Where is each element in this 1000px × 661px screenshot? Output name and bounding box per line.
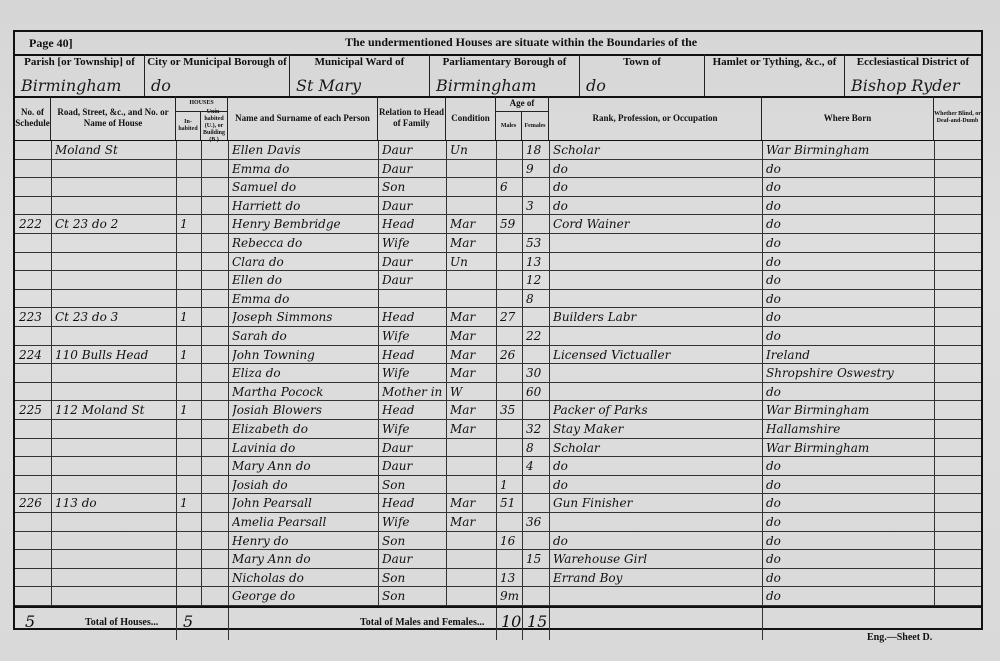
- cell-females: 30: [526, 364, 547, 382]
- cell-males: 9m: [500, 587, 520, 605]
- total-schedules: 5: [25, 612, 35, 631]
- column-header-born: Where Born: [762, 96, 934, 140]
- cell-females: 18: [526, 141, 547, 159]
- cell-relation: Head: [382, 346, 444, 364]
- cell-condition: Mar: [450, 494, 494, 512]
- table-row: Eliza doWifeMar30Shropshire Oswestry: [15, 364, 981, 383]
- cell-occupation: Scholar: [553, 439, 760, 457]
- cell-condition: Mar: [450, 215, 494, 233]
- table-row: Mary Ann doDaur4dodo: [15, 457, 981, 476]
- cell-occupation: Licensed Victualler: [553, 346, 760, 364]
- cell-occupation: do: [553, 178, 760, 196]
- cell-relation: Son: [382, 476, 444, 494]
- cell-males: 1: [500, 476, 520, 494]
- cell-relation: Wife: [382, 420, 444, 438]
- cell-females: 36: [526, 513, 547, 531]
- grid-line: [201, 141, 202, 606]
- cell-relation: Head: [382, 215, 444, 233]
- cell-occupation: Cord Wainer: [553, 215, 760, 233]
- cell-name: Emma do: [232, 290, 376, 308]
- cell-born: do: [766, 290, 932, 308]
- cell-condition: Mar: [450, 308, 494, 326]
- cell-born: do: [766, 476, 932, 494]
- cell-street: 110 Bulls Head: [55, 346, 174, 364]
- cell-males: 26: [500, 346, 520, 364]
- grid-line: [378, 141, 379, 606]
- cell-name: Sarah do: [232, 327, 376, 345]
- column-group-houses: HOUSES: [176, 96, 228, 112]
- column-header-infirmity: Whether Blind, or Deaf-and-Dumb: [934, 96, 981, 140]
- cell-relation: Son: [382, 587, 444, 605]
- cell-born: do: [766, 197, 932, 215]
- table-row: Rebecca doWifeMar53do: [15, 234, 981, 253]
- total-houses: 5: [183, 612, 193, 631]
- table-row: Sarah doWifeMar22do: [15, 327, 981, 346]
- column-header-uninhabited: Unin-habited (U.), or Building (B.): [201, 112, 228, 140]
- page-number: Page 40]: [29, 36, 73, 51]
- cell-relation: Head: [382, 401, 444, 419]
- cell-name: Harriett do: [232, 197, 376, 215]
- column-header-inhabited: In-habited: [176, 112, 201, 140]
- cell-born: do: [766, 234, 932, 252]
- cell-inhabited: 1: [180, 215, 199, 233]
- cell-inhabited: 1: [180, 346, 199, 364]
- cell-occupation: do: [553, 476, 760, 494]
- column-header-name: Name and Surname of each Person: [228, 96, 378, 140]
- cell-relation: Daur: [382, 457, 444, 475]
- column-header-relation: Relation to Head of Family: [378, 96, 446, 140]
- cell-born: do: [766, 587, 932, 605]
- cell-name: Elizabeth do: [232, 420, 376, 438]
- cell-occupation: do: [553, 457, 760, 475]
- cell-condition: W: [450, 383, 494, 401]
- table-row: Josiah doSon1dodo: [15, 476, 981, 495]
- grid-line: [762, 141, 763, 606]
- cell-females: 15: [526, 550, 547, 568]
- boundary-cell: Town ofdo: [580, 54, 705, 96]
- cell-males: 13: [500, 569, 520, 587]
- boundary-label: Hamlet or Tything, &c., of: [705, 56, 844, 68]
- total-females: 15: [527, 612, 547, 631]
- cell-males: 51: [500, 494, 520, 512]
- boundary-value: Bishop Ryder: [851, 76, 960, 95]
- cell-born: do: [766, 160, 932, 178]
- cell-occupation: do: [553, 532, 760, 550]
- cell-relation: Son: [382, 178, 444, 196]
- cell-males: 35: [500, 401, 520, 419]
- cell-condition: Mar: [450, 420, 494, 438]
- table-row: 224110 Bulls Head1John TowningHeadMar26L…: [15, 346, 981, 365]
- table-row: Emma do8do: [15, 290, 981, 309]
- cell-occupation: do: [553, 197, 760, 215]
- grid-line: [176, 608, 177, 640]
- table-row: Samuel doSon6dodo: [15, 178, 981, 197]
- table-row: Martha PocockMother in LawW60do: [15, 383, 981, 402]
- total-persons-label: Total of Males and Females...: [360, 617, 484, 628]
- grid-line: [496, 608, 497, 640]
- table-row: Mary Ann doDaur15Warehouse Girldo: [15, 550, 981, 569]
- column-header-schedule: No. of Schedule: [15, 96, 51, 140]
- boundary-label: Town of: [580, 56, 704, 68]
- boundary-title: The undermentioned Houses are situate wi…: [345, 35, 697, 50]
- cell-born: Ireland: [766, 346, 932, 364]
- grid-line: [176, 141, 177, 606]
- cell-relation: Daur: [382, 271, 444, 289]
- column-header-street: Road, Street, &c., and No. or Name of Ho…: [51, 96, 176, 140]
- cell-street: 113 do: [55, 494, 174, 512]
- table-row: Harriett doDaur3dodo: [15, 197, 981, 216]
- cell-occupation: do: [553, 160, 760, 178]
- cell-condition: Mar: [450, 346, 494, 364]
- cell-relation: Daur: [382, 197, 444, 215]
- cell-condition: Mar: [450, 234, 494, 252]
- grid-line: [549, 141, 550, 606]
- table-row: Emma doDaur9dodo: [15, 160, 981, 179]
- cell-name: Ellen Davis: [232, 141, 376, 159]
- grid-line: [522, 141, 523, 606]
- column-header-condition: Condition: [446, 96, 496, 140]
- cell-females: 9: [526, 160, 547, 178]
- cell-born: do: [766, 550, 932, 568]
- boundary-value: Birmingham: [21, 76, 121, 95]
- grid-line: [228, 608, 229, 640]
- cell-name: Ellen do: [232, 271, 376, 289]
- cell-occupation: Packer of Parks: [553, 401, 760, 419]
- table-row: Lavinia doDaur8ScholarWar Birmingham: [15, 439, 981, 458]
- table-row: Amelia PearsallWifeMar36do: [15, 513, 981, 532]
- cell-inhabited: 1: [180, 494, 199, 512]
- cell-schedule: 223: [19, 308, 49, 326]
- cell-males: 16: [500, 532, 520, 550]
- boundary-label: Parliamentary Borough of: [430, 56, 579, 68]
- cell-born: Hallamshire: [766, 420, 932, 438]
- boundary-cell: Hamlet or Tything, &c., of: [705, 54, 845, 96]
- boundary-cell: City or Municipal Borough ofdo: [145, 54, 290, 96]
- grid-line: [522, 608, 523, 640]
- sheet-identifier: Eng.—Sheet D.: [867, 632, 932, 643]
- cell-born: do: [766, 513, 932, 531]
- cell-females: 32: [526, 420, 547, 438]
- cell-born: do: [766, 457, 932, 475]
- grid-line: [51, 141, 52, 606]
- boundary-cell: Municipal Ward ofSt Mary: [290, 54, 430, 96]
- cell-relation: Daur: [382, 141, 444, 159]
- boundary-value: Birmingham: [436, 76, 536, 95]
- cell-name: Lavinia do: [232, 439, 376, 457]
- cell-males: 59: [500, 215, 520, 233]
- boundary-cell: Parliamentary Borough ofBirmingham: [430, 54, 580, 96]
- cell-females: 8: [526, 439, 547, 457]
- cell-relation: Daur: [382, 253, 444, 271]
- boundary-row: Parish [or Township] ofBirminghamCity or…: [15, 54, 981, 98]
- cell-born: do: [766, 178, 932, 196]
- cell-name: Clara do: [232, 253, 376, 271]
- table-row: 223Ct 23 do 31Joseph SimmonsHeadMar27Bui…: [15, 308, 981, 327]
- boundary-cell: Parish [or Township] ofBirmingham: [15, 54, 145, 96]
- cell-condition: Mar: [450, 401, 494, 419]
- cell-name: Rebecca do: [232, 234, 376, 252]
- cell-name: Eliza do: [232, 364, 376, 382]
- table-row: 226113 do1John PearsallHeadMar51Gun Fini…: [15, 494, 981, 513]
- cell-name: Joseph Simmons: [232, 308, 376, 326]
- column-header-females: Females: [522, 112, 549, 140]
- cell-name: John Towning: [232, 346, 376, 364]
- cell-females: 8: [526, 290, 547, 308]
- cell-street: Moland St: [55, 141, 174, 159]
- cell-inhabited: 1: [180, 401, 199, 419]
- cell-schedule: 225: [19, 401, 49, 419]
- cell-relation: Head: [382, 308, 444, 326]
- cell-occupation: Warehouse Girl: [553, 550, 760, 568]
- cell-born: do: [766, 271, 932, 289]
- cell-name: Josiah Blowers: [232, 401, 376, 419]
- table-row: Moland StEllen DavisDaurUn18ScholarWar B…: [15, 141, 981, 160]
- cell-occupation: Scholar: [553, 141, 760, 159]
- cell-schedule: 226: [19, 494, 49, 512]
- table-row: George doSon9mdo: [15, 587, 981, 606]
- grid-line: [446, 141, 447, 606]
- cell-condition: Mar: [450, 364, 494, 382]
- cell-born: do: [766, 494, 932, 512]
- cell-name: Amelia Pearsall: [232, 513, 376, 531]
- cell-females: 12: [526, 271, 547, 289]
- cell-condition: Mar: [450, 327, 494, 345]
- cell-name: Emma do: [232, 160, 376, 178]
- cell-occupation: Builders Labr: [553, 308, 760, 326]
- total-houses-label: Total of Houses...: [85, 617, 158, 628]
- cell-relation: Daur: [382, 550, 444, 568]
- cell-born: Shropshire Oswestry: [766, 364, 932, 382]
- boundary-value: do: [151, 76, 171, 95]
- cell-females: 4: [526, 457, 547, 475]
- boundary-value: do: [586, 76, 606, 95]
- boundary-label: Ecclesiastical District of: [845, 56, 981, 68]
- cell-condition: Mar: [450, 513, 494, 531]
- boundary-label: City or Municipal Borough of: [145, 56, 289, 68]
- table-row: 225112 Moland St1Josiah BlowersHeadMar35…: [15, 401, 981, 420]
- cell-born: War Birmingham: [766, 439, 932, 457]
- cell-occupation: Stay Maker: [553, 420, 760, 438]
- cell-relation: Son: [382, 569, 444, 587]
- cell-name: Mary Ann do: [232, 550, 376, 568]
- cell-relation: Mother in Law: [382, 383, 444, 401]
- cell-females: 53: [526, 234, 547, 252]
- cell-relation: Head: [382, 494, 444, 512]
- cell-born: do: [766, 383, 932, 401]
- cell-relation: Daur: [382, 160, 444, 178]
- cell-name: Josiah do: [232, 476, 376, 494]
- table-row: Clara doDaurUn13do: [15, 253, 981, 272]
- total-males: 10: [501, 612, 521, 631]
- table-row: Nicholas doSon13Errand Boydo: [15, 569, 981, 588]
- cell-name: Nicholas do: [232, 569, 376, 587]
- table-row: 222Ct 23 do 21Henry BembridgeHeadMar59Co…: [15, 215, 981, 234]
- cell-relation: Son: [382, 532, 444, 550]
- cell-street: Ct 23 do 3: [55, 308, 174, 326]
- grid-line: [228, 141, 229, 606]
- cell-born: do: [766, 215, 932, 233]
- boundary-label: Parish [or Township] of: [15, 56, 144, 68]
- census-page: Page 40] The undermentioned Houses are s…: [0, 0, 1000, 661]
- cell-occupation: Gun Finisher: [553, 494, 760, 512]
- cell-schedule: 224: [19, 346, 49, 364]
- cell-condition: Un: [450, 253, 494, 271]
- cell-born: do: [766, 569, 932, 587]
- cell-street: Ct 23 do 2: [55, 215, 174, 233]
- table-row: Elizabeth doWifeMar32Stay MakerHallamshi…: [15, 420, 981, 439]
- boundary-label: Municipal Ward of: [290, 56, 429, 68]
- cell-born: War Birmingham: [766, 141, 932, 159]
- column-header-males: Males: [496, 112, 522, 140]
- cell-name: Samuel do: [232, 178, 376, 196]
- cell-born: War Birmingham: [766, 401, 932, 419]
- cell-condition: Un: [450, 141, 494, 159]
- column-group-age: Age of: [496, 96, 549, 112]
- census-form: Page 40] The undermentioned Houses are s…: [13, 30, 983, 630]
- totals-row: 5Total of Houses...5Total of Males and F…: [15, 606, 981, 640]
- cell-males: 27: [500, 308, 520, 326]
- cell-relation: Wife: [382, 234, 444, 252]
- cell-born: do: [766, 532, 932, 550]
- cell-street: 112 Moland St: [55, 401, 174, 419]
- cell-females: 3: [526, 197, 547, 215]
- cell-name: Martha Pocock: [232, 383, 376, 401]
- grid-line: [496, 141, 497, 606]
- column-header-occupation: Rank, Profession, or Occupation: [549, 96, 762, 140]
- cell-name: Mary Ann do: [232, 457, 376, 475]
- cell-females: 13: [526, 253, 547, 271]
- cell-relation: Wife: [382, 327, 444, 345]
- grid-line: [549, 608, 550, 640]
- cell-inhabited: 1: [180, 308, 199, 326]
- cell-name: George do: [232, 587, 376, 605]
- cell-name: Henry do: [232, 532, 376, 550]
- cell-females: 60: [526, 383, 547, 401]
- cell-occupation: Errand Boy: [553, 569, 760, 587]
- grid-line: [934, 141, 935, 606]
- cell-females: 22: [526, 327, 547, 345]
- table-row: Ellen doDaur12do: [15, 271, 981, 290]
- table-row: Henry doSon16dodo: [15, 532, 981, 551]
- cell-relation: Daur: [382, 439, 444, 457]
- cell-name: Henry Bembridge: [232, 215, 376, 233]
- cell-born: do: [766, 308, 932, 326]
- cell-schedule: 222: [19, 215, 49, 233]
- form-title-row: Page 40] The undermentioned Houses are s…: [15, 32, 981, 56]
- boundary-cell: Ecclesiastical District ofBishop Ryder: [845, 54, 981, 96]
- cell-males: 6: [500, 178, 520, 196]
- cell-relation: Wife: [382, 364, 444, 382]
- grid-line: [762, 608, 763, 640]
- cell-name: John Pearsall: [232, 494, 376, 512]
- cell-born: do: [766, 253, 932, 271]
- boundary-value: St Mary: [296, 76, 361, 95]
- cell-born: do: [766, 327, 932, 345]
- cell-relation: Wife: [382, 513, 444, 531]
